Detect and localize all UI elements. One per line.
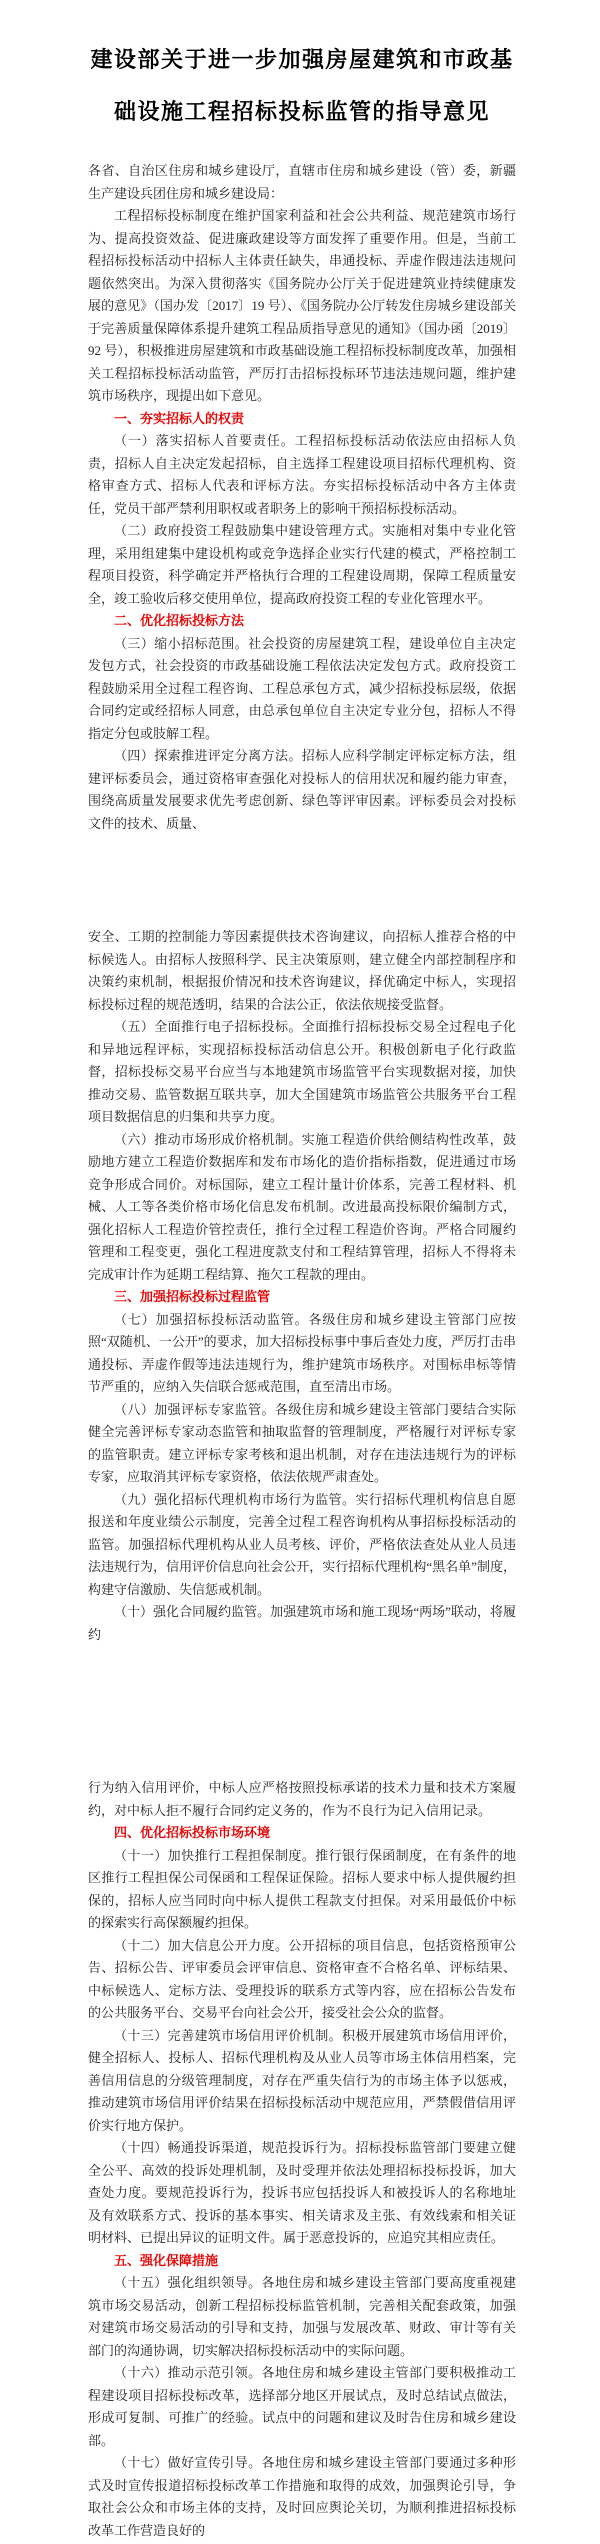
item-15-paragraph: （十五）强化组织领导。各地住房和城乡建设主管部门要高度重视建筑市场交易活动，创新… bbox=[88, 2272, 516, 2362]
document-page-2: 安全、工期的控制能力等因素提供技术咨询建议，向招标人推荐合格的中标候选人。由招标… bbox=[0, 922, 600, 1775]
document-view: 建设部关于进一步加强房屋建筑和市政基础设施工程招标投标监管的指导意见 各省、自治… bbox=[0, 0, 600, 2544]
section-3-heading: 三、加强招标投标过程监管 bbox=[88, 1286, 516, 1309]
section-2-heading: 二、优化招标投标方法 bbox=[88, 610, 516, 633]
item-4-paragraph: （四）探索推进评定分离方法。招标人应科学制定评标定标方法，组建评标委员会，通过资… bbox=[88, 745, 516, 835]
salutation: 各省、自治区住房和城乡建设厅，直辖市住房和城乡建设（管）委，新疆生产建设兵团住房… bbox=[88, 160, 516, 205]
item-17-paragraph: （十七）做好宣传引导。各地住房和城乡建设主管部门要通过多种形式及时宣传报道招标投… bbox=[88, 2452, 516, 2542]
item-4-continuation-paragraph: 安全、工期的控制能力等因素提供技术咨询建议，向招标人推荐合格的中标候选人。由招标… bbox=[88, 926, 516, 1016]
item-9-paragraph: （九）强化招标代理机构市场行为监管。实行招标代理机构信息自愿报送和年度业绩公示制… bbox=[88, 1489, 516, 1602]
item-11-paragraph: （十一）加快推行工程担保制度。推行银行保函制度，在有条件的地区推行工程担保公司保… bbox=[88, 1845, 516, 1935]
section-1-heading: 一、夯实招标人的权责 bbox=[88, 408, 516, 431]
document-page-3: 行为纳入信用评价，中标人应严格按照投标承诺的技术力量和技术方案履约，对中标人拒不… bbox=[0, 1775, 600, 2544]
intro-paragraph: 工程招标投标制度在维护国家利益和社会公共利益、规范建筑市场行为、提高投资效益、促… bbox=[88, 205, 516, 408]
item-3-paragraph: （三）缩小招标范围。社会投资的房屋建筑工程，建设单位自主决定发包方式，社会投资的… bbox=[88, 633, 516, 746]
item-10-paragraph: （十）强化合同履约监管。加强建筑市场和施工现场“两场”联动，将履约 bbox=[88, 1601, 516, 1646]
item-6-paragraph: （六）推动市场形成价格机制。实施工程造价供给侧结构性改革，鼓励地方建立工程造价数… bbox=[88, 1129, 516, 1287]
section-5-heading: 五、强化保障措施 bbox=[88, 2250, 516, 2273]
item-10-continuation-paragraph: 行为纳入信用评价，中标人应严格按照投标承诺的技术力量和技术方案履约，对中标人拒不… bbox=[88, 1777, 516, 1822]
document-title: 建设部关于进一步加强房屋建筑和市政基础设施工程招标投标监管的指导意见 bbox=[88, 34, 516, 138]
item-1-paragraph: （一）落实招标人首要责任。工程招标投标活动依法应由招标人负责，招标人自主决定发起… bbox=[88, 430, 516, 520]
section-4-heading: 四、优化招标投标市场环境 bbox=[88, 1822, 516, 1845]
item-2-paragraph: （二）政府投资工程鼓励集中建设管理方式。实施相对集中专业化管理，采用组建集中建设… bbox=[88, 520, 516, 610]
item-5-paragraph: （五）全面推行电子招标投标。全面推行招标投标交易全过程电子化和异地远程评标，实现… bbox=[88, 1016, 516, 1129]
item-14-paragraph: （十四）畅通投诉渠道，规范投诉行为。招标投标监管部门要建立健全公平、高效的投诉处… bbox=[88, 2137, 516, 2250]
item-13-paragraph: （十三）完善建筑市场信用评价机制。积极开展建筑市场信用评价，健全招标人、投标人、… bbox=[88, 2025, 516, 2138]
item-8-paragraph: （八）加强评标专家监管。各级住房和城乡建设主管部门要结合实际健全完善评标专家动态… bbox=[88, 1399, 516, 1489]
document-page-1: 建设部关于进一步加强房屋建筑和市政基础设施工程招标投标监管的指导意见 各省、自治… bbox=[0, 0, 600, 922]
item-7-paragraph: （七）加强招标投标活动监管。各级住房和城乡建设主管部门应按照“双随机、一公开”的… bbox=[88, 1309, 516, 1399]
item-12-paragraph: （十二）加大信息公开力度。公开招标的项目信息，包括资格预审公告、招标公告、评审委… bbox=[88, 1935, 516, 2025]
item-16-paragraph: （十六）推动示范引领。各地住房和城乡建设主管部门要积极推动工程建设项目招标投标改… bbox=[88, 2362, 516, 2452]
